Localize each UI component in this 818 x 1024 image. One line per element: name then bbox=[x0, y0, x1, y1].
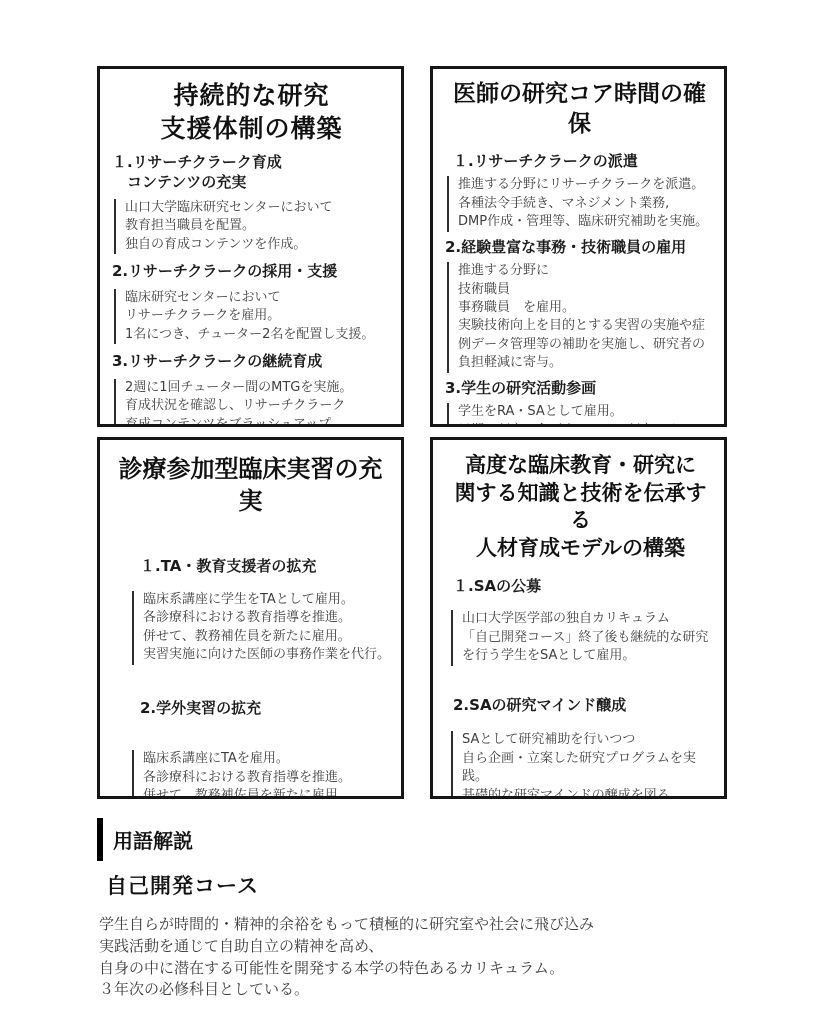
panel-sustainable-research-support: 持続的な研究 支援体制の構築 １.リサーチクラーク育成 コンテンツの充実 山口大… bbox=[97, 66, 404, 427]
section-heading: 2.SAの研究マインド醸成 bbox=[453, 696, 714, 716]
section-heading: １.SAの公募 bbox=[453, 577, 714, 597]
panel-research-core-time: 医師の研究コア時間の確保 １.リサーチクラークの派遣 推進する分野にリサーチクラ… bbox=[430, 66, 727, 427]
section-student-participation: 3.学生の研究活動参画 学生をRA・SAとして雇用。 早期に研究に参画することで… bbox=[445, 379, 714, 427]
section-sa-recruitment: １.SAの公募 山口大学医学部の独自カリキュラム 「自己開発コース」終了後も継続… bbox=[447, 577, 714, 666]
section-heading: １.TA・教育支援者の拡充 bbox=[140, 557, 393, 577]
section-body: 臨床系講座にTAを雇用。 各診療科における教育指導を推進。 併せて、教務補佐員を… bbox=[132, 750, 393, 799]
section-clerk-dispatch: １.リサーチクラークの派遣 推進する分野にリサーチクラークを派遣。 各種法令手続… bbox=[445, 152, 714, 232]
glossary-heading: 用語解説 bbox=[97, 818, 193, 861]
section-heading: 3.学生の研究活動参画 bbox=[445, 379, 714, 399]
section-ta-expansion: １.TA・教育支援者の拡充 臨床系講座に学生をTAとして雇用。 各診療科における… bbox=[108, 557, 393, 664]
panel-title: 高度な臨床教育・研究に 関する知識と技術を伝承する 人材育成モデルの構築 bbox=[447, 452, 714, 563]
section-research-clerk-content: １.リサーチクラーク育成 コンテンツの充実 山口大学臨床研究センターにおいて 教… bbox=[112, 153, 391, 254]
section-body: SAとして研究補助を行いつつ 自ら企画・立案した研究プログラムを実践。 基礎的な… bbox=[451, 731, 714, 799]
section-body: 臨床研究センターにおいて リサーチクラークを雇用。 1名につき、チューター2名を… bbox=[114, 289, 391, 344]
section-heading: 2.経験豊富な事務・技術職員の雇用 bbox=[445, 238, 714, 258]
section-body: 臨床系講座に学生をTAとして雇用。 各診療科における教育指導を推進。 併せて、教… bbox=[132, 591, 393, 665]
glossary-term: 自己開発コース bbox=[106, 870, 259, 900]
section-body: 2週に1回チューター間のMTGを実施。 育成状況を確認し、リサーチクラーク 育成… bbox=[114, 379, 391, 427]
section-external-training: 2.学外実習の拡充 臨床系講座にTAを雇用。 各診療科における教育指導を推進。 … bbox=[108, 699, 393, 799]
section-sa-research-mind: 2.SAの研究マインド醸成 SAとして研究補助を行いつつ 自ら企画・立案した研究… bbox=[447, 696, 714, 799]
panel-title: 医師の研究コア時間の確保 bbox=[445, 79, 714, 140]
document-page: 持続的な研究 支援体制の構築 １.リサーチクラーク育成 コンテンツの充実 山口大… bbox=[0, 0, 818, 1024]
section-research-clerk-training: 3.リサーチクラークの継続育成 2週に1回チューター間のMTGを実施。 育成状況… bbox=[112, 352, 391, 427]
section-body: 山口大学医学部の独自カリキュラム 「自己開発コース」終了後も継続的な研究を行う学… bbox=[451, 610, 714, 665]
section-heading: １.リサーチクラーク育成 コンテンツの充実 bbox=[112, 153, 391, 192]
panel-talent-development-model: 高度な臨床教育・研究に 関する知識と技術を伝承する 人材育成モデルの構築 １.S… bbox=[430, 437, 727, 799]
section-body: 推進する分野にリサーチクラークを派遣。 各種法令手続き、マネジメント業務, DM… bbox=[447, 176, 714, 231]
section-body: 学生をRA・SAとして雇用。 早期に研究に参画することで研究マインドを滋養する。 bbox=[447, 403, 714, 427]
section-body: 推進する分野に 技術職員 事務職員 を雇用。 実験技術向上を目的とする実習の実施… bbox=[447, 262, 714, 373]
section-research-clerk-hiring: 2.リサーチクラークの採用・支援 臨床研究センターにおいて リサーチクラークを雇… bbox=[112, 262, 391, 344]
section-heading: 2.学外実習の拡充 bbox=[140, 699, 393, 719]
panel-title: 持続的な研究 支援体制の構築 bbox=[112, 79, 391, 145]
section-staff-employment: 2.経験豊富な事務・技術職員の雇用 推進する分野に 技術職員 事務職員 を雇用。… bbox=[445, 238, 714, 373]
section-body: 山口大学臨床研究センターにおいて 教育担当職員を配置。 独自の育成コンテンツを作… bbox=[114, 199, 391, 254]
glossary-definition: 学生自らが時間的・精神的余裕をもって積極的に研究室や社会に飛び込み 実践活動を通… bbox=[99, 914, 739, 1001]
panel-title: 診療参加型臨床実習の充実 bbox=[108, 454, 393, 517]
section-heading: 2.リサーチクラークの採用・支援 bbox=[112, 262, 391, 282]
section-heading: 3.リサーチクラークの継続育成 bbox=[112, 352, 391, 372]
panel-clinical-training: 診療参加型臨床実習の充実 １.TA・教育支援者の拡充 臨床系講座に学生をTAとし… bbox=[97, 437, 404, 799]
section-heading: １.リサーチクラークの派遣 bbox=[453, 152, 714, 172]
